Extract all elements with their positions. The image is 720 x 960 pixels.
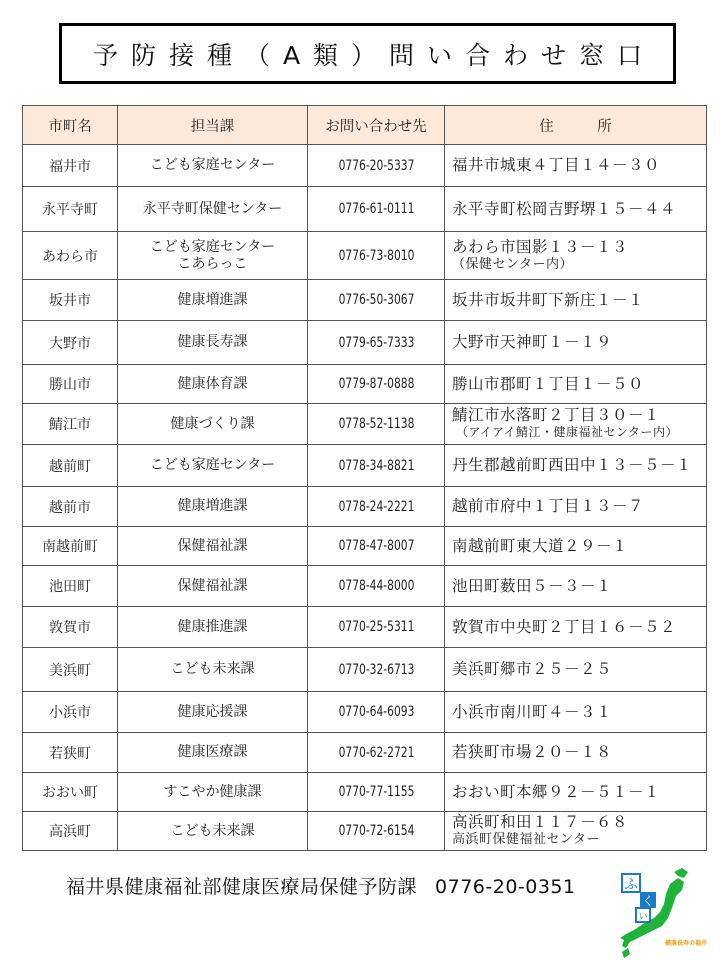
phone-cell: 0778-47-8007	[318, 527, 434, 566]
city-cell: 池田町	[23, 566, 118, 607]
phone-cell: 0776-20-5337	[318, 145, 434, 187]
department-cell: 健康長寿課	[118, 321, 308, 365]
address-cell: 敦賀市中央町２丁目１６－５２	[445, 607, 707, 648]
city-cell: 美浜町	[23, 648, 118, 692]
address-cell: 鯖江市水落町２丁目３０－１（アイアイ鯖江・健康福祉センター内）	[445, 404, 707, 445]
address-cell: 大野市天神町１－１９	[445, 321, 707, 365]
address-cell: 勝山市郡町１丁目１－５０	[445, 365, 707, 404]
header-department: 担当課	[118, 106, 308, 145]
header-address: 住 所	[445, 106, 707, 145]
department-cell: こども家庭センターこあらっこ	[118, 232, 308, 280]
address-line2: （保健センター内）	[452, 256, 706, 273]
dept-name: こども家庭センター	[150, 157, 275, 173]
address-cell: 越前市府中１丁目１３－７	[445, 487, 707, 527]
department-cell: こども未来課	[118, 812, 308, 851]
dept-name: 健康増進課	[178, 498, 248, 514]
table-header-row: 市町名 担当課 お問い合わせ先 住 所	[23, 106, 707, 145]
department-cell: こども家庭センター	[118, 145, 308, 187]
address-line1: 永平寺町松岡吉野堺１５－４４	[452, 200, 676, 218]
dept-name: 健康推進課	[178, 619, 248, 635]
page-title: 予防接種（A類）問い合わせ窓口	[80, 36, 655, 72]
svg-text:ふ: ふ	[624, 877, 638, 893]
dept-name: こども家庭センター	[150, 457, 275, 473]
footer-contact: 福井県健康福祉部健康医療局保健予防課0776-20-0351	[66, 872, 576, 899]
address-line1: おおい町本郷９２－５１－１	[452, 783, 660, 801]
city-cell: 高浜町	[23, 812, 118, 851]
department-cell: 健康応援課	[118, 692, 308, 733]
dept-name: 保健福祉課	[178, 538, 248, 554]
address-line1: 若狭町市場２０－１８	[452, 743, 612, 761]
table-row: 池田町保健福祉課0778-44-8000池田町薮田５－３－１	[23, 566, 707, 607]
phone-cell: 0770-72-6154	[318, 812, 434, 851]
table-row: 美浜町こども未来課0770-32-6713美浜町郷市２５－２５	[23, 648, 707, 692]
phone-cell: 0776-73-8010	[318, 232, 434, 280]
dept-name: 保健福祉課	[178, 578, 248, 594]
city-cell: 南越前町	[23, 527, 118, 566]
dept-name: すこやか健康課	[164, 784, 262, 800]
department-cell: 永平寺町保健センター	[118, 187, 308, 232]
address-cell: 福井市城東４丁目１４－３０	[445, 145, 707, 187]
department-cell: 健康体育課	[118, 365, 308, 404]
city-cell: 敦賀市	[23, 607, 118, 648]
header-city: 市町名	[23, 106, 118, 145]
city-cell: 小浜市	[23, 692, 118, 733]
dept-name: 健康づくり課	[171, 416, 255, 432]
address-line1: 坂井市坂井町下新庄１－１	[452, 291, 644, 309]
table-row: 越前市健康増進課0778-24-2221越前市府中１丁目１３－７	[23, 487, 707, 527]
address-cell: 小浜市南川町４－３１	[445, 692, 707, 733]
address-note: （アイアイ鯖江・健康福祉センター内）	[452, 424, 706, 441]
dept-name: 健康医療課	[178, 744, 248, 760]
city-cell: 坂井市	[23, 280, 118, 321]
address-line1: 福井市城東４丁目１４－３０	[452, 156, 660, 174]
table-row: 勝山市健康体育課0779-87-0888勝山市郡町１丁目１－５０	[23, 365, 707, 404]
svg-text:く: く	[642, 894, 654, 908]
dept-name: 健康応援課	[178, 704, 248, 720]
phone-cell: 0778-52-1138	[318, 404, 434, 445]
address-line1: 大野市天神町１－１９	[452, 333, 612, 351]
department-cell: 健康医療課	[118, 733, 308, 773]
table-row: 鯖江市健康づくり課0778-52-1138鯖江市水落町２丁目３０－１（アイアイ鯖…	[23, 404, 707, 445]
address-line1: 敦賀市中央町２丁目１６－５２	[452, 618, 676, 636]
table-row: 高浜町こども未来課0770-72-6154高浜町和田１１７－６８高浜町保健福祉セ…	[23, 812, 707, 851]
table-row: 福井市こども家庭センター0776-20-5337福井市城東４丁目１４－３０	[23, 145, 707, 187]
address-line1: 勝山市郡町１丁目１－５０	[452, 375, 644, 393]
table-row: おおい町すこやか健康課0770-77-1155おおい町本郷９２－５１－１	[23, 773, 707, 812]
dept-name: こども家庭センター	[150, 239, 275, 255]
address-cell: おおい町本郷９２－５１－１	[445, 773, 707, 812]
phone-cell: 0770-25-5311	[318, 607, 434, 648]
dept-name: 健康増進課	[178, 292, 248, 308]
phone-cell: 0770-32-6713	[318, 648, 434, 692]
phone-cell: 0776-61-0111	[318, 187, 434, 232]
department-cell: こども家庭センター	[118, 445, 308, 487]
department-cell: こども未来課	[118, 648, 308, 692]
phone-cell: 0779-65-7333	[318, 321, 434, 365]
city-cell: 大野市	[23, 321, 118, 365]
address-line1: 越前市府中１丁目１３－７	[452, 497, 644, 515]
address-line1: 美浜町郷市２５－２５	[452, 660, 612, 678]
city-cell: 若狭町	[23, 733, 118, 773]
address-cell: 南越前町東大道２９－１	[445, 527, 707, 566]
phone-cell: 0776-50-3067	[318, 280, 434, 321]
table-row: 若狭町健康医療課0770-62-2721若狭町市場２０－１８	[23, 733, 707, 773]
address-cell: 美浜町郷市２５－２５	[445, 648, 707, 692]
city-cell: 越前町	[23, 445, 118, 487]
table-row: 永平寺町永平寺町保健センター0776-61-0111永平寺町松岡吉野堺１５－４４	[23, 187, 707, 232]
city-cell: 鯖江市	[23, 404, 118, 445]
table-body: 福井市こども家庭センター0776-20-5337福井市城東４丁目１４－３０永平寺…	[23, 145, 707, 851]
department-cell: すこやか健康課	[118, 773, 308, 812]
department-cell: 保健福祉課	[118, 566, 308, 607]
city-cell: 越前市	[23, 487, 118, 527]
footer-office: 福井県健康福祉部健康医療局保健予防課	[66, 876, 417, 898]
department-cell: 健康増進課	[118, 487, 308, 527]
dept-name: こども未来課	[171, 823, 255, 839]
department-cell: 保健福祉課	[118, 527, 308, 566]
contact-table: 市町名 担当課 お問い合わせ先 住 所 福井市こども家庭センター0776-20-…	[22, 105, 707, 851]
table-row: 敦賀市健康推進課0770-25-5311敦賀市中央町２丁目１６－５２	[23, 607, 707, 648]
department-cell: 健康増進課	[118, 280, 308, 321]
table-row: あわら市こども家庭センターこあらっこ0776-73-8010あわら市国影１３－１…	[23, 232, 707, 280]
footer-phone: 0776-20-0351	[435, 876, 576, 898]
phone-cell: 0778-34-8821	[318, 445, 434, 487]
city-cell: あわら市	[23, 232, 118, 280]
address-cell: 池田町薮田５－３－１	[445, 566, 707, 607]
department-cell: 健康推進課	[118, 607, 308, 648]
table-row: 南越前町保健福祉課0778-47-8007南越前町東大道２９－１	[23, 527, 707, 566]
city-cell: 福井市	[23, 145, 118, 187]
dept-name: 永平寺町保健センター	[143, 201, 282, 217]
city-cell: 永平寺町	[23, 187, 118, 232]
address-line1: 小浜市南川町４－３１	[452, 703, 612, 721]
dept-name: 健康体育課	[178, 376, 248, 392]
address-cell: 丹生郡越前町西田中１３－５－１	[445, 445, 707, 487]
address-line1: 南越前町東大道２９－１	[452, 537, 628, 555]
header-phone: お問い合わせ先	[308, 106, 445, 145]
page-title-box: 予防接種（A類）問い合わせ窓口	[59, 23, 676, 84]
phone-cell: 0779-87-0888	[318, 365, 434, 404]
table-row: 越前町こども家庭センター0778-34-8821丹生郡越前町西田中１３－５－１	[23, 445, 707, 487]
city-cell: 勝山市	[23, 365, 118, 404]
phone-cell: 0770-64-6093	[318, 692, 434, 733]
address-cell: あわら市国影１３－１３（保健センター内）	[445, 232, 707, 280]
table-row: 大野市健康長寿課0779-65-7333大野市天神町１－１９	[23, 321, 707, 365]
address-line2: 高浜町保健福祉センター	[452, 831, 706, 848]
address-cell: 高浜町和田１１７－６８高浜町保健福祉センター	[445, 812, 707, 851]
dept-name: 健康長寿課	[178, 334, 248, 350]
logo-tagline: 健康長寿の福井	[665, 938, 707, 947]
address-cell: 永平寺町松岡吉野堺１５－４４	[445, 187, 707, 232]
address-line1: あわら市国影１３－１３	[452, 238, 628, 256]
address-line1: 池田町薮田５－３－１	[452, 577, 612, 595]
address-line1: 丹生郡越前町西田中１３－５－１	[452, 456, 692, 474]
address-line1: 高浜町和田１１７－６８	[452, 813, 628, 831]
dept-name: こども未来課	[171, 661, 255, 677]
phone-cell: 0770-77-1155	[318, 773, 434, 812]
phone-cell: 0770-62-2721	[318, 733, 434, 773]
department-cell: 健康づくり課	[118, 404, 308, 445]
address-line1: 鯖江市水落町２丁目３０－１	[452, 406, 660, 424]
phone-cell: 0778-24-2221	[318, 487, 434, 527]
dept-name-line2: こあらっこ	[178, 256, 248, 272]
city-cell: おおい町	[23, 773, 118, 812]
svg-text:い: い	[638, 912, 647, 922]
table-row: 小浜市健康応援課0770-64-6093小浜市南川町４－３１	[23, 692, 707, 733]
table-row: 坂井市健康増進課0776-50-3067坂井市坂井町下新庄１－１	[23, 280, 707, 321]
address-cell: 坂井市坂井町下新庄１－１	[445, 280, 707, 321]
address-cell: 若狭町市場２０－１８	[445, 733, 707, 773]
phone-cell: 0778-44-8000	[318, 566, 434, 607]
